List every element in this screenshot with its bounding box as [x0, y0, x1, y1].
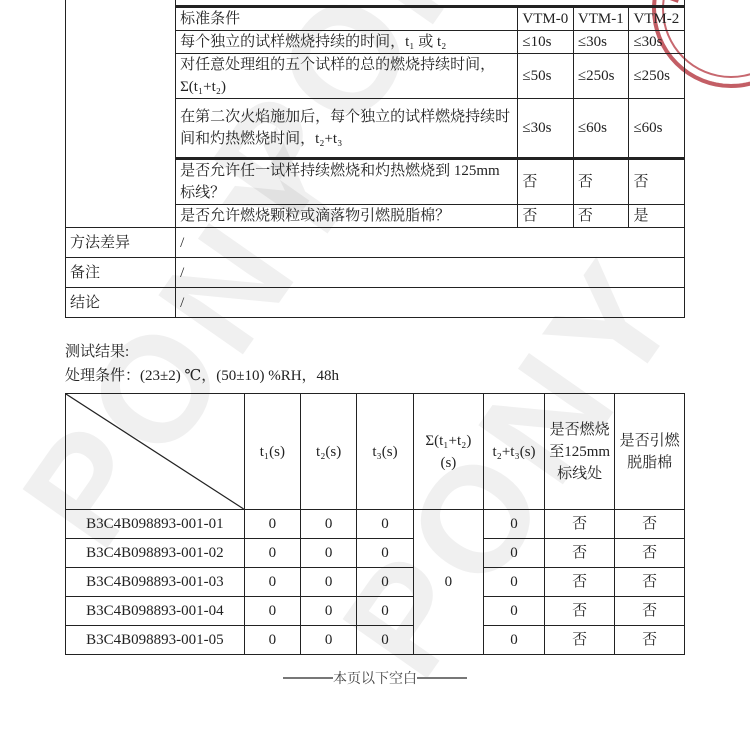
col-t3: t₃(s): [357, 394, 413, 510]
criteria-left-blank: [66, 0, 176, 228]
remarks-row: 备注 /: [66, 258, 685, 288]
table-row: B3C4B098893-001-03 0 0 0 0 否 否: [66, 568, 685, 597]
col-ignite-cotton: 是否引燃脱脂棉: [615, 394, 685, 510]
test-conditions: 处理条件：(23±2) ℃，(50±10) %RH，48h: [65, 364, 339, 385]
results-table: t₁(s) t₂(s) t₃(s) Σ(t₁+t₂)(s) t₂+t₃(s) 是…: [65, 393, 685, 655]
col-t2: t₂(s): [301, 394, 357, 510]
criteria-header-label: 标准条件: [176, 7, 518, 31]
col-t2-t3: t₂+t₃(s): [484, 394, 545, 510]
sum-value: 0: [413, 510, 484, 655]
diagonal-header-cell: [66, 394, 245, 510]
col-burn-125mm: 是否燃烧至125mm标线处: [544, 394, 615, 510]
table-row: B3C4B098893-001-04 0 0 0 0 否 否: [66, 597, 685, 626]
col-sum-t1-t2: Σ(t₁+t₂)(s): [413, 394, 484, 510]
results-header-row: t₁(s) t₂(s) t₃(s) Σ(t₁+t₂)(s) t₂+t₃(s) 是…: [66, 394, 685, 510]
table-row: B3C4B098893-001-01 0 0 0 0 0 否 否: [66, 510, 685, 539]
col-vtm1: VTM-1: [573, 7, 629, 31]
criteria-table: 标准条件 VTM-0 VTM-1 VTM-2 每个独立的试样燃烧持续的时间，t₁…: [65, 0, 685, 318]
footer-text: 本页以下空白: [333, 668, 417, 688]
col-vtm0: VTM-0: [518, 7, 574, 31]
divider: [417, 677, 467, 679]
results-title: 测试结果:: [65, 340, 129, 361]
method-difference-row: 方法差异 /: [66, 228, 685, 258]
col-t1: t₁(s): [244, 394, 300, 510]
table-row: B3C4B098893-001-05 0 0 0 0 否 否: [66, 626, 685, 655]
end-of-page-marker: 本页以下空白: [283, 668, 467, 688]
table-row: B3C4B098893-001-02 0 0 0 0 否 否: [66, 539, 685, 568]
conclusion-row: 结论 /: [66, 288, 685, 318]
divider: [283, 677, 333, 679]
col-vtm2: VTM-2: [629, 7, 685, 31]
